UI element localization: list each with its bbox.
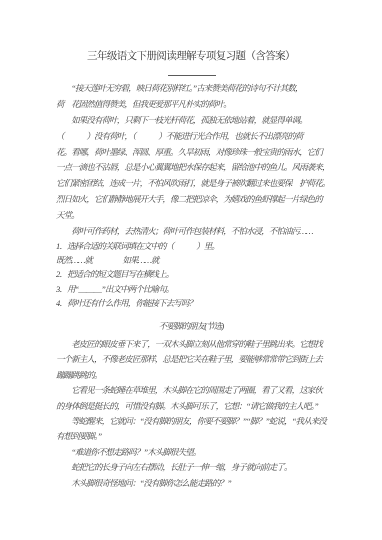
text-line: 天堂。 bbox=[56, 208, 332, 224]
text-line: 它们紧密团结，连成一片，不怕风吹雨打，就是身子被吹翻过来也要保 护荷花。 bbox=[56, 176, 332, 192]
text-line: 荷 花固然值得赞美，但我更爱那平凡朴实的荷叶。 bbox=[56, 97, 332, 113]
question-list: 1．选择合适的关联词填在文中的（ ）里。既然……就 如果……就2．把适合的短文题… bbox=[56, 239, 332, 310]
text-line: 烈日如火，它们静静地展开大手，像二把把凉伞，为嬉戏的鱼虾撑起一片绿色的 bbox=[56, 192, 332, 208]
document-page: 三年级语文下册阅读理解专项复习题（含答案） “接天莲叶无穷碧，映日荷花别样红。”… bbox=[0, 0, 382, 540]
text-line: 1．选择合适的关联词填在文中的（ ）里。 bbox=[56, 239, 332, 253]
text-line: 一点一滴也不沾唇，总是小心翼翼地把水保存起来，留给池中的鱼儿。风雨袭来， bbox=[56, 160, 332, 176]
text-line: 蛇把它的长身子向左右摆动，长肚子一伸一缩，身子就向前走了。 bbox=[56, 460, 332, 475]
page-title: 三年级语文下册阅读理解专项复习题（含答案） bbox=[0, 48, 382, 63]
text-line: 荷叶可作药材，去热清火；荷叶可作包装材料，不怕水浸，不怕油污…… bbox=[56, 224, 332, 240]
text-line: 花。看哪，荷叶墨绿、浑圆、厚重。久旱初雨，对像珍珠一般宝贵的雨水，它们 bbox=[56, 145, 332, 161]
text-line: 蹦蹦跳跳的。 bbox=[56, 368, 332, 383]
text-line: 有想到要脚。” bbox=[56, 429, 332, 444]
text-line: 它看见一条蛇睡在草堆里，木头脚在它的周围走了两圈，看了又看，这家伙 bbox=[56, 383, 332, 398]
text-line: 3．用“＿＿＿”出文中两个比喻句。 bbox=[56, 282, 332, 296]
passage-reading-2: 老皮匠的眼皮垂下来了，一双木头脚立刻从他常穿的鞋子里跳出来。它想找一个新主人，不… bbox=[56, 337, 332, 491]
text-line: 2．把适合的短文题目写在横线上。 bbox=[56, 267, 332, 281]
text-line: 4．荷叶还有什么作用，你能接下去写吗？ bbox=[56, 296, 332, 310]
text-line: 老皮匠的眼皮垂下来了，一双木头脚立刻从他常穿的鞋子里跳出来。它想找 bbox=[56, 337, 332, 352]
text-line: （ ）没有荷叶，（ ）不能进行光合作用，也就长不出漂亮的荷 bbox=[56, 129, 332, 145]
passage-2-heading: 不要脚的朋友(节选) bbox=[0, 320, 382, 332]
text-line: 如果没有荷叶，只剩下一枝光杆荷花，孤独无依地站着，就显得单调。 bbox=[56, 113, 332, 129]
text-line: 一个新主人，不像老皮匠那样，总是把它关在鞋子里，要能够常常带它到街上去 bbox=[56, 352, 332, 367]
text-line: 的身体倒是挺长的，可惜没有脚。木头脚可乐了，它想：“请它做我的主人吧。” bbox=[56, 399, 332, 414]
text-line: “接天莲叶无穷碧，映日荷花别样红。”古来赞美荷花的诗句不计其数， bbox=[56, 81, 332, 97]
text-line: 既然……就 如果……就 bbox=[56, 253, 332, 267]
text-line: 等蛇醒来，它就问：“没有脚的朋友，你要不要脚？”“脚？”蛇说，“我从来没 bbox=[56, 414, 332, 429]
passage-reading-1: “接天莲叶无穷碧，映日荷花别样红。”古来赞美荷花的诗句不计其数，荷 花固然值得赞… bbox=[56, 81, 332, 240]
text-line: “难道你不想走路吗？”木头脚很失望。 bbox=[56, 445, 332, 460]
text-line: 木头脚很奇怪地问：“没有脚你怎么能走路的？” bbox=[56, 476, 332, 491]
title-divider bbox=[168, 75, 216, 76]
